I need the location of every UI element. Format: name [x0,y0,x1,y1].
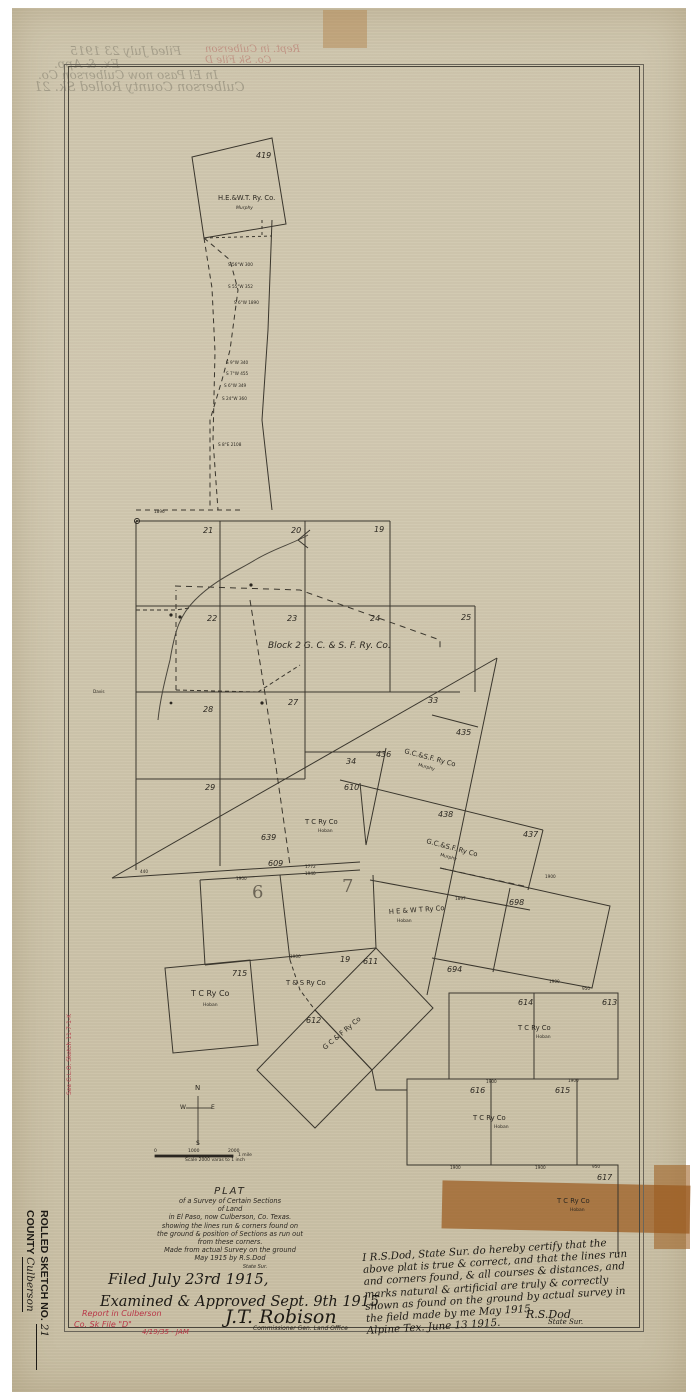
svg-text:615: 615 [555,1086,570,1095]
commissioner-title: Commissioner Gen. Land Office [253,1325,348,1332]
svg-text:694: 694 [447,965,462,974]
svg-text:19: 19 [374,525,384,534]
svg-text:S 6°W 1890: S 6°W 1890 [234,300,259,305]
svg-text:S 6°W 349: S 6°W 349 [224,383,247,388]
plat-line-2: of Land [155,1205,305,1213]
plat-line-3: in El Paso, now Culberson, Co. Texas. [155,1213,305,1221]
filed-date: Filed July 23rd 1915, [108,1270,269,1288]
svg-text:28: 28 [203,705,213,714]
svg-text:1940: 1940 [305,871,316,876]
scale-caption: Scale 2000 varas to 1 inch [155,1158,275,1163]
svg-text:613: 613 [602,998,617,1007]
svg-text:T C Ry Co: T C Ry Co [304,818,338,826]
svg-text:S 7°W 455: S 7°W 455 [226,371,249,376]
surveyor-certificate: I R.S.Dod, State Sur. do hereby certify … [362,1235,642,1337]
svg-text:Murphy: Murphy [439,852,457,862]
svg-text:21: 21 [203,526,213,535]
svg-text:438: 438 [438,810,453,819]
svg-text:Hoban: Hoban [536,1034,551,1040]
svg-text:1896: 1896 [154,509,165,514]
svg-text:614: 614 [518,998,533,1007]
svg-text:H.E.&W.T. Ry. Co.: H.E.&W.T. Ry. Co. [218,194,275,202]
scale-mid: 1000 [188,1149,199,1154]
red-note-date: 4/19/35 - JAM [142,1328,189,1336]
svg-text:7: 7 [342,876,353,897]
county-label: COUNTY [24,1210,36,1254]
svg-text:Hoban: Hoban [318,828,333,834]
svg-text:Block 2 G. C. & S. F. Ry. Co: Block 2 G. C. & S. F. Ry. Co. [268,641,391,651]
svg-text:1897: 1897 [455,896,466,901]
svg-text:435: 435 [456,728,471,737]
svg-text:440: 440 [140,869,148,874]
county-name: Culberson [22,1257,36,1312]
svg-text:1900: 1900 [545,874,556,879]
compass-east-label: E [211,1104,215,1111]
svg-text:611: 611 [363,957,378,966]
svg-text:29: 29 [205,783,215,792]
svg-text:S 9°W 340: S 9°W 340 [226,360,249,365]
svg-text:Hoban: Hoban [203,1002,218,1008]
svg-text:419: 419 [256,151,271,160]
svg-text:1900: 1900 [450,1165,461,1170]
plat-line-1: of a Survey of Certain Sections [155,1197,305,1205]
plat-line-8: May 1915 by R.S.Dod [155,1254,305,1262]
svg-text:T & S Ry Co: T & S Ry Co [285,979,326,987]
svg-text:T C Ry Co: T C Ry Co [190,989,230,998]
svg-text:24: 24 [370,614,380,623]
svg-text:1900: 1900 [290,954,301,959]
svg-text:1900: 1900 [535,1165,546,1170]
svg-text:950: 950 [582,986,590,991]
svg-text:Hoban: Hoban [570,1207,585,1213]
surveyor-title: State Sur. [548,1318,583,1326]
plat-line-6: from these corners. [155,1238,305,1246]
svg-text:19: 19 [340,955,350,964]
svg-text:609: 609 [268,859,283,868]
svg-text:Hoban: Hoban [397,918,412,924]
svg-text:Murphy: Murphy [236,205,253,211]
svg-text:1772: 1772 [305,864,316,869]
svg-text:6: 6 [252,882,263,903]
compass-south-label: S [196,1140,200,1147]
compass-rose [155,1096,233,1157]
svg-text:S 8°E 2108: S 8°E 2108 [218,442,242,447]
svg-text:25: 25 [461,613,471,622]
svg-text:T C Ry Co: T C Ry Co [556,1197,590,1205]
plat-line-7: Made from actual Survey on the ground [155,1246,305,1254]
svg-text:616: 616 [470,1086,485,1095]
svg-text:G C & F Ry Co: G C & F Ry Co [321,1015,362,1052]
margin-note: See G.L.O. Sketch 11-7-1-K [66,1014,73,1095]
svg-text:23: 23 [287,614,297,623]
certificate-text: I R.S.Dod, State Sur. do hereby certify … [362,1237,627,1325]
svg-text:1900: 1900 [549,979,560,984]
svg-text:20: 20 [291,526,301,535]
compass-north-label: N [195,1084,200,1092]
svg-text:34: 34 [346,757,356,766]
svg-text:610: 610 [344,783,359,792]
svg-text:Davis: Davis [93,689,105,694]
svg-text:22: 22 [207,614,217,623]
svg-text:1900: 1900 [486,1079,497,1084]
svg-text:S 56°W 300: S 56°W 300 [228,262,253,267]
compass-west-label: W [180,1104,186,1111]
svg-text:437: 437 [523,830,539,839]
svg-text:Hoban: Hoban [494,1124,509,1130]
red-note-report: Report in Culberson [82,1309,162,1318]
svg-text:612: 612 [306,1016,321,1025]
svg-text:698: 698 [509,898,524,907]
svg-text:33: 33 [428,696,438,705]
spine-label: ROLLED SKETCH NO. 21 COUNTY Culberson [22,1210,50,1370]
plat-line-4: showing the lines run & corners found on [155,1222,305,1230]
svg-text:617: 617 [597,1173,613,1182]
survey-map: 419 21 20 19 22 23 24 25 28 27 33 29 34 … [0,0,700,1398]
svg-text:715: 715 [232,969,247,978]
plat-title-block: PLAT of a Survey of Certain Sections of … [155,1186,305,1271]
scale-start: 0 [154,1149,157,1154]
svg-text:S 55°W 352: S 55°W 352 [228,284,253,289]
red-note-file: Co. Sk File "D" [74,1320,132,1329]
svg-text:27: 27 [288,698,299,707]
svg-text:T C Ry Co: T C Ry Co [517,1024,551,1032]
svg-text:1900: 1900 [568,1078,579,1083]
svg-text:H E & W T Ry Co: H E & W T Ry Co [389,904,445,916]
rolled-sketch-number: 21 [36,1324,50,1370]
svg-text:639: 639 [261,833,276,842]
svg-text:Murphy: Murphy [417,762,435,772]
svg-text:950: 950 [592,1164,600,1169]
plat-line-5: the ground & position of Sections as run… [155,1230,305,1238]
svg-text:436: 436 [376,750,391,759]
rolled-sketch-label: ROLLED SKETCH NO. [38,1210,50,1321]
svg-text:T C Ry Co: T C Ry Co [472,1114,506,1122]
plat-heading: PLAT [155,1186,305,1197]
svg-text:1900: 1900 [236,876,247,881]
svg-text:S 24°W 360: S 24°W 360 [222,396,247,401]
